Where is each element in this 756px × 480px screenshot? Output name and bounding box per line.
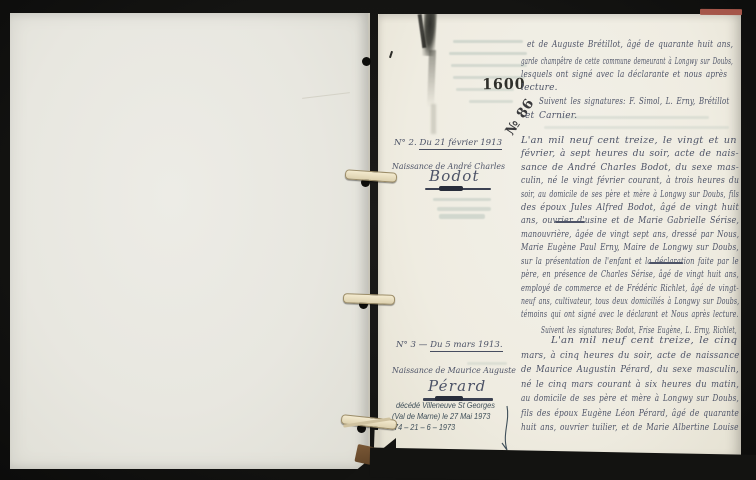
bleed-through — [449, 52, 527, 55]
act-text-line: lecture. — [521, 83, 558, 93]
act-text-line: L'an mil neuf cent treize, le vingt et u… — [521, 136, 737, 147]
act-text-line: sur la présentation de l'enfant et la dé… — [521, 257, 739, 268]
act-text-line: février, à sept heures du soir, acte de … — [521, 149, 739, 160]
bleed-through — [451, 64, 527, 67]
signatures-line: Suivent les signatures: F. Simol, L. Ern… — [539, 97, 729, 108]
act3-margin-number: N° 3 — — [396, 340, 427, 350]
act2-margin-header: N° 2. Du 21 février 1913 — [394, 138, 502, 148]
act-text-line: neuf ans, cultivateur, tous deux domicil… — [521, 297, 739, 308]
binding-hole-1 — [362, 57, 371, 66]
act-text-line: Marie Eugène Paul Erny, Maire de Longwy … — [521, 243, 739, 254]
bleed-through — [559, 116, 709, 119]
bleed-through — [433, 198, 491, 201]
act2-margin-date: Du 21 février 1913 — [419, 138, 502, 150]
act-text-line: témoins qui ont signé avec le déclarant … — [521, 310, 739, 321]
act-text-line: L'an mil neuf cent treize, le cinq — [551, 336, 737, 347]
act-text-line: au domicile de ses père et mère à Longwy… — [521, 394, 739, 405]
strikethrough-mark — [555, 221, 585, 223]
act-text-line: lesquels ont signé avec la déclarante et… — [521, 70, 727, 81]
book-scan: 1600 № 86 et de Auguste Brétillot, âgé d… — [0, 0, 756, 480]
paper-scratch — [302, 92, 350, 99]
act-text-line: culin, né le vingt février courant, à tr… — [521, 176, 739, 187]
act-text-line: fils des époux Eugène Léon Pérard, âgé d… — [521, 409, 739, 420]
ink-blot — [439, 186, 463, 191]
act3-margin-header: N° 3 — Du 5 mars 1913. — [396, 340, 503, 350]
strikethrough-mark — [649, 262, 683, 264]
death-annotation-line: (Val de Marne) le 27 Mai 1973 — [392, 412, 490, 421]
act2-margin-surname: Bodot — [429, 167, 480, 185]
act-text-line: soir, au domicile de ses père et mère à … — [521, 190, 739, 201]
act-text-line: père, en présence de Charles Sérise, âgé… — [521, 270, 739, 281]
act3-margin-surname: Pérard — [428, 377, 486, 395]
act3-margin-event: Naissance de Maurice Auguste — [392, 365, 516, 375]
act-text-line: ans, ouvrier d'usine et de Marie Gabriel… — [521, 216, 739, 227]
ink-mark — [389, 51, 393, 58]
act-text-line: garde champêtre de cette commune demeura… — [521, 57, 733, 68]
act-text-line: huit ans, ouvrier tuilier, et de Marie A… — [521, 423, 739, 434]
bleed-through — [469, 100, 513, 103]
act-text-line: des époux Jules Alfred Bodot, âgé de vin… — [521, 203, 739, 214]
left-blank-page — [10, 13, 370, 469]
act-text-line: manouvrière, âgée de vingt sept ans, dre… — [521, 230, 739, 241]
register-page: 1600 № 86 et de Auguste Brétillot, âgé d… — [378, 14, 741, 461]
act-text-line: né le cinq mars courant à six heures du … — [521, 380, 739, 391]
act-text-line: de Maurice Augustin Pérard, du sexe masc… — [521, 365, 739, 376]
act-text-line: sance de André Charles Bodot, du sexe ma… — [521, 163, 739, 174]
death-annotation-line: décédé Villeneuve St Georges — [396, 401, 495, 410]
act-text-line: et Carnier. — [525, 111, 577, 121]
ink-smudge — [431, 104, 436, 134]
ink-smudge — [427, 50, 436, 108]
bleed-through — [453, 40, 523, 43]
act3-margin-date: Du 5 mars 1913. — [430, 340, 502, 352]
act-text-line: employé de commerce et de Frédéric Richl… — [521, 284, 739, 295]
bleed-through — [544, 126, 729, 129]
bleed-through — [439, 214, 485, 219]
binding-lace-2 — [343, 293, 395, 305]
act-text-line: mars, à cinq heures du soir, acte de nai… — [521, 351, 739, 362]
act-text-line: et de Auguste Brétillot, âgé de quarante… — [527, 40, 733, 51]
death-annotation-line: 74 – 21 – 6 – 1973 — [394, 423, 455, 432]
plate-number-stamp: 1600 — [482, 75, 526, 93]
spine-edge — [700, 9, 742, 15]
act2-margin-number: N° 2. — [394, 138, 417, 148]
bleed-through — [437, 207, 491, 211]
